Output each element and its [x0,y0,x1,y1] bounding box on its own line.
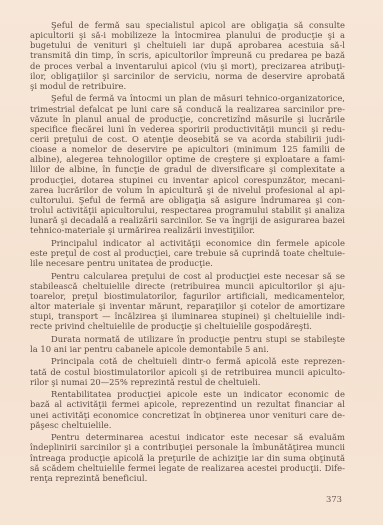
text-line: şi modul de retribuire. [30,81,345,91]
text-line: Durata normată de utilizare în producţie… [30,334,345,344]
text-line: Rentabilitatea producţiei apicole este u… [30,389,345,399]
text-line: întreaga producţie apicolă la preţurile … [30,453,345,463]
text-line: îndeplinirii sarcinilor şi a contribuţie… [30,442,345,452]
page-number: 373 [326,494,342,504]
text-line: altor materiale şi inventar mărunt, repa… [30,301,345,311]
text-line: recte privind cheltuielile de producţie … [30,321,345,331]
text-line: Principala cotă de cheltuieli dintr-o fe… [30,356,345,366]
text-line: Pentru determinarea acestui indicator es… [30,432,345,442]
paragraph-8: Pentru determinarea acestui indicator es… [30,432,345,483]
text-line: de proces verbal a inventarului apicol (… [30,61,345,71]
text-line: transmită din timp, în scris, apicultori… [30,50,345,60]
text-line: să scădem cheltuielile fermei legate de … [30,463,345,473]
paragraph-3: Principalul indicator al activităţii eco… [30,238,345,268]
text-line: la 10 ani iar pentru cabanele apicole de… [30,344,345,354]
text-line: rilor şi numai 20—25% reprezintă restul … [30,377,345,387]
text-line: liilor de albine, în funcţie de gradul d… [30,164,345,174]
text-line: specifice fiecărei luni în vederea spori… [30,124,345,134]
text-line: stupi, transport — încălzirea şi ilumina… [30,311,345,321]
text-line: trolul activităţii apicultorului, respec… [30,205,345,215]
text-line: bază al activităţii fermei apicole, repr… [30,399,345,409]
text-line: Şeful de fermă va întocmi un plan de măs… [30,93,345,103]
text-line: păşesc cheltuielile. [30,420,345,430]
text-line: cerii preţului de cost. O atenţie deoseb… [30,134,345,144]
text-line: tată de costul biostimulatorilor apicoli… [30,367,345,377]
text-line: cioase a nomelor de deservire pe apicult… [30,144,345,154]
text-line: Şeful de fermă sau specialistul apicol a… [30,20,345,30]
paragraph-2: Şeful de fermă va întocmi un plan de măs… [30,93,345,235]
text-line: renţa reprezintă beneficiul. [30,473,345,483]
text-line: toarelor, preţul biostimulatorilor, fagu… [30,291,345,301]
text-line: este preţul de cost al producţiei, care … [30,248,345,258]
body-text: Şeful de fermă sau specialistul apicol a… [30,20,345,485]
paragraph-7: Rentabilitatea producţiei apicole este u… [30,389,345,430]
text-line: producţiei, dotarea stupinei cu inventar… [30,175,345,185]
paragraph-6: Principala cotă de cheltuieli dintr-o fe… [30,356,345,386]
text-line: stabilească cheltuielile directe (retrib… [30,281,345,291]
text-line: văzute în planul anual de producţie, con… [30,114,345,124]
paragraph-1: Şeful de fermă sau specialistul apicol a… [30,20,345,91]
text-line: tehnico-materiale şi urmărirea realizări… [30,225,345,235]
text-line: ilor, obligaţiilor şi sarcinilor de serv… [30,71,345,81]
text-line: trimestrial defalcat pe luni care să con… [30,104,345,114]
book-page: Şeful de fermă sau specialistul apicol a… [0,0,383,525]
text-line: lile necesare pentru unitatea de producţ… [30,258,345,268]
text-line: apicultorii şi să-i mobilizeze la întocm… [30,30,345,40]
text-line: albine), alegerea tehnologiilor optime d… [30,154,345,164]
paragraph-4: Pentru calcularea preţului de cost al pr… [30,271,345,332]
text-line: unei activităţi economice concretizat în… [30,410,345,420]
text-line: Principalul indicator al activităţii eco… [30,238,345,248]
text-line: Pentru calcularea preţului de cost al pr… [30,271,345,281]
text-line: zarea lucrărilor de volum în apicultură … [30,185,345,195]
text-line: lunară şi decadală a realizării sarcinil… [30,215,345,225]
text-line: bugetului de venituri şi cheltuieli iar … [30,40,345,50]
paragraph-5: Durata normată de utilizare în producţie… [30,334,345,354]
text-line: cultorului. Şeful de fermă are obligaţia… [30,195,345,205]
